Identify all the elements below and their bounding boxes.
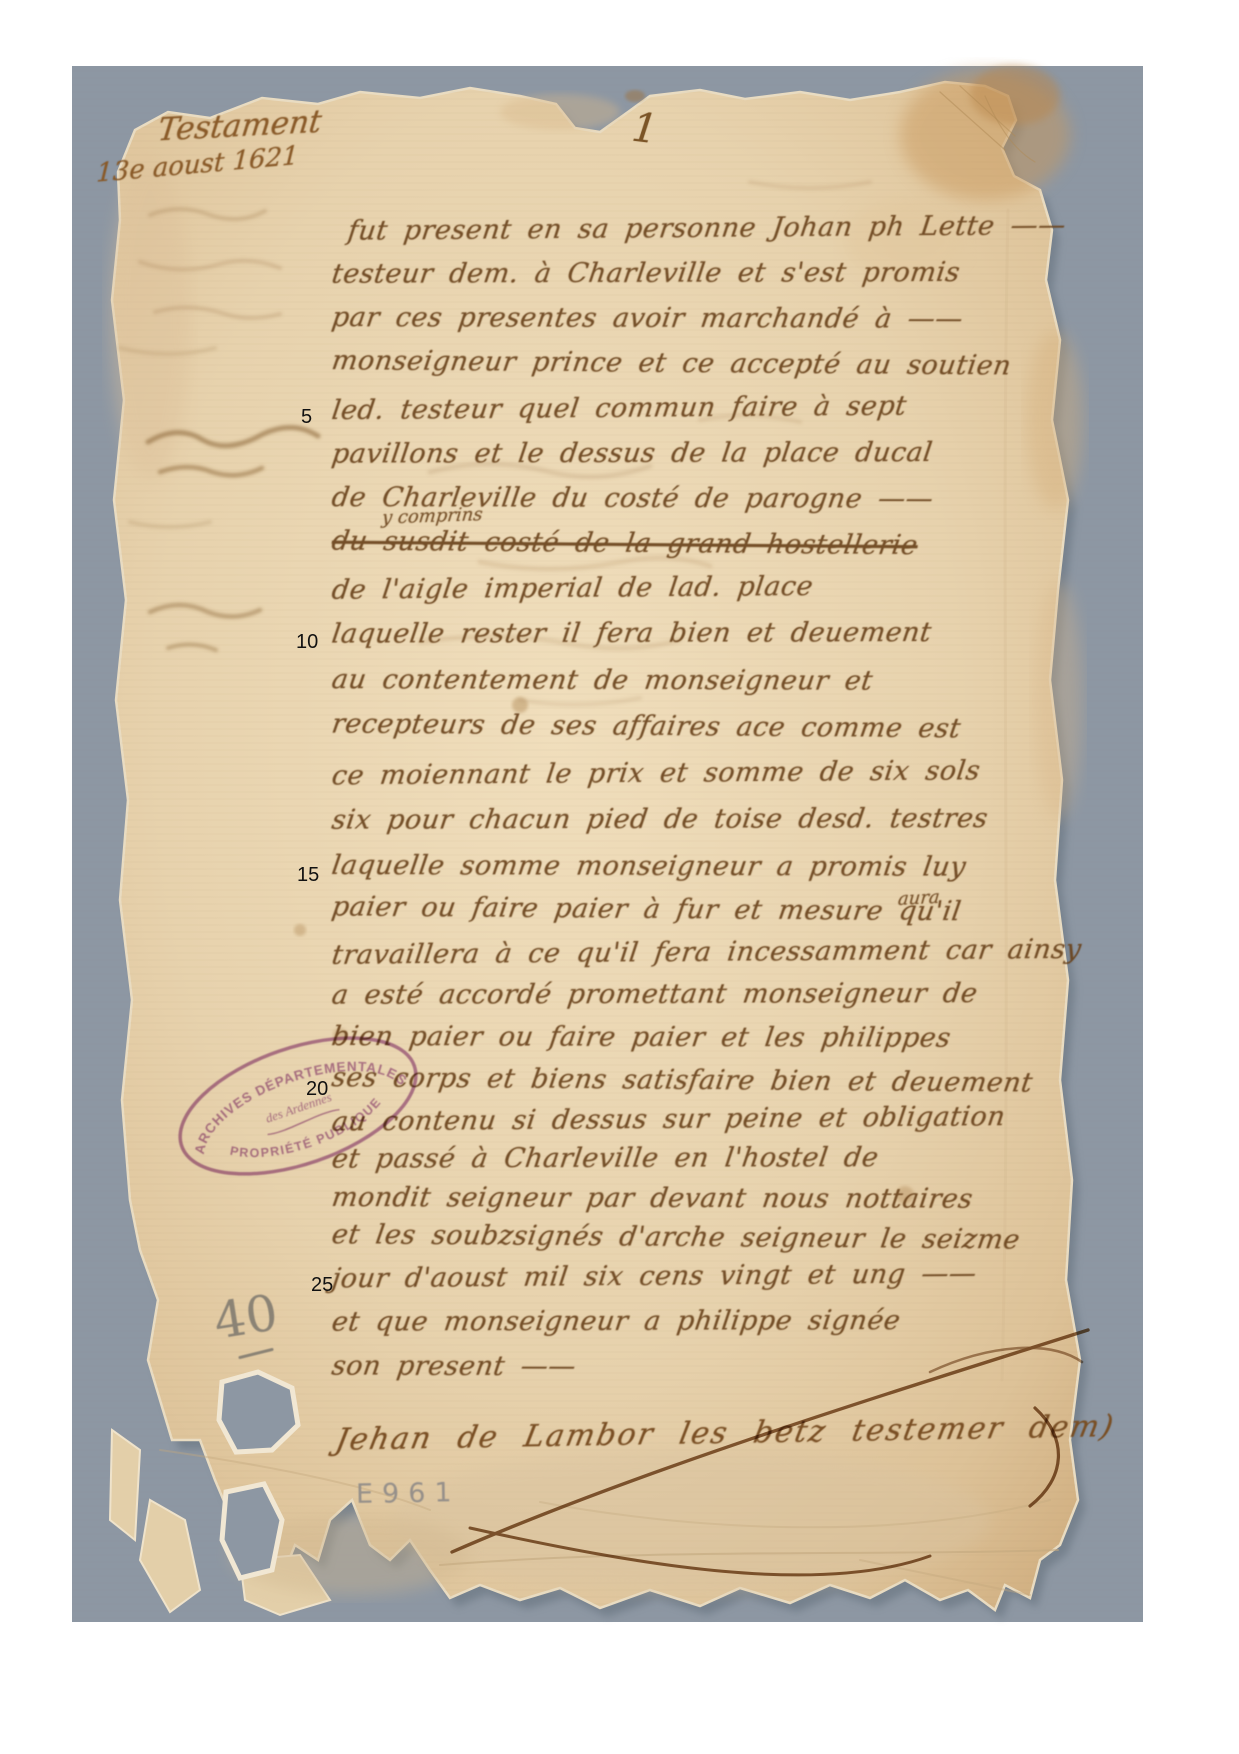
line-number-15: 15 [297, 864, 319, 887]
manuscript-line: mondit seigneur par devant nous nottaire… [330, 1182, 975, 1215]
manuscript-line: du susdit costé de la grand hostellerie [330, 526, 920, 562]
pencil-folio-number: 40 [210, 1283, 282, 1350]
manuscript-line: six pour chacun pied de toise desd. test… [330, 804, 990, 837]
manuscript-line: son present —— [330, 1351, 578, 1383]
manuscript-line: laquelle rester il fera bien et deuement [330, 617, 934, 650]
line-number-10: 10 [296, 631, 318, 654]
manuscript-line: ses corps et biens satisfaire bien et de… [330, 1062, 1035, 1098]
line-number-5: 5 [301, 406, 312, 429]
manuscript-line: monseigneur prince et ce accepté au sout… [330, 345, 1014, 381]
manuscript-line: par ces presentes avoir marchandé à —— [330, 302, 965, 335]
manuscript-line: et les soubzsignés d'arche seigneur le s… [330, 1219, 1022, 1255]
line-number-20: 20 [306, 1078, 328, 1101]
scanned-document-page: Testament 13e aoust 1621 1 5 10 15 20 25… [0, 0, 1239, 1754]
interlinear-insertion: aura [897, 887, 940, 910]
manuscript-line: jour d'aoust mil six cens vingt et ung —… [330, 1258, 979, 1294]
manuscript-line: au contenu si dessus sur peine et obliga… [330, 1102, 1007, 1138]
manuscript-line: ce moiennant le prix et somme de six sol… [330, 755, 982, 791]
manuscript-line: paier ou faire paier à fur et mesure qu'… [330, 891, 964, 927]
manuscript-line: fut present en sa personne Johan ph Lett… [346, 210, 1068, 247]
manuscript-line: et que monseigneur a philippe signée [330, 1305, 903, 1337]
manuscript-line: au contentement de monseigneur et [330, 664, 875, 696]
manuscript-line: recepteurs de ses affaires ace comme est [330, 709, 963, 745]
line-number-25: 25 [311, 1274, 333, 1297]
manuscript-line: et passé à Charleville en l'hostel de [330, 1143, 881, 1175]
manuscript-line: travaillera à ce qu'il fera incessamment… [330, 934, 1084, 971]
manuscript-line: a esté accordé promettant monseigneur de [330, 979, 980, 1012]
manuscript-line: led. testeur quel commun faire à sept [330, 391, 909, 427]
manuscript-line: pavillons et le dessus de la place ducal [330, 437, 935, 470]
manuscript-line: testeur dem. à Charleville et s'est prom… [330, 257, 962, 290]
manuscript-line: laquelle somme monseigneur a promis luy [330, 850, 968, 883]
manuscript-line: de l'aigle imperial de lad. place [330, 571, 815, 606]
archive-reference-code: E961 [356, 1477, 461, 1510]
manuscript-line: bien paier ou faire paier et les philipp… [330, 1021, 953, 1054]
interlinear-insertion: y comprins [381, 504, 484, 529]
